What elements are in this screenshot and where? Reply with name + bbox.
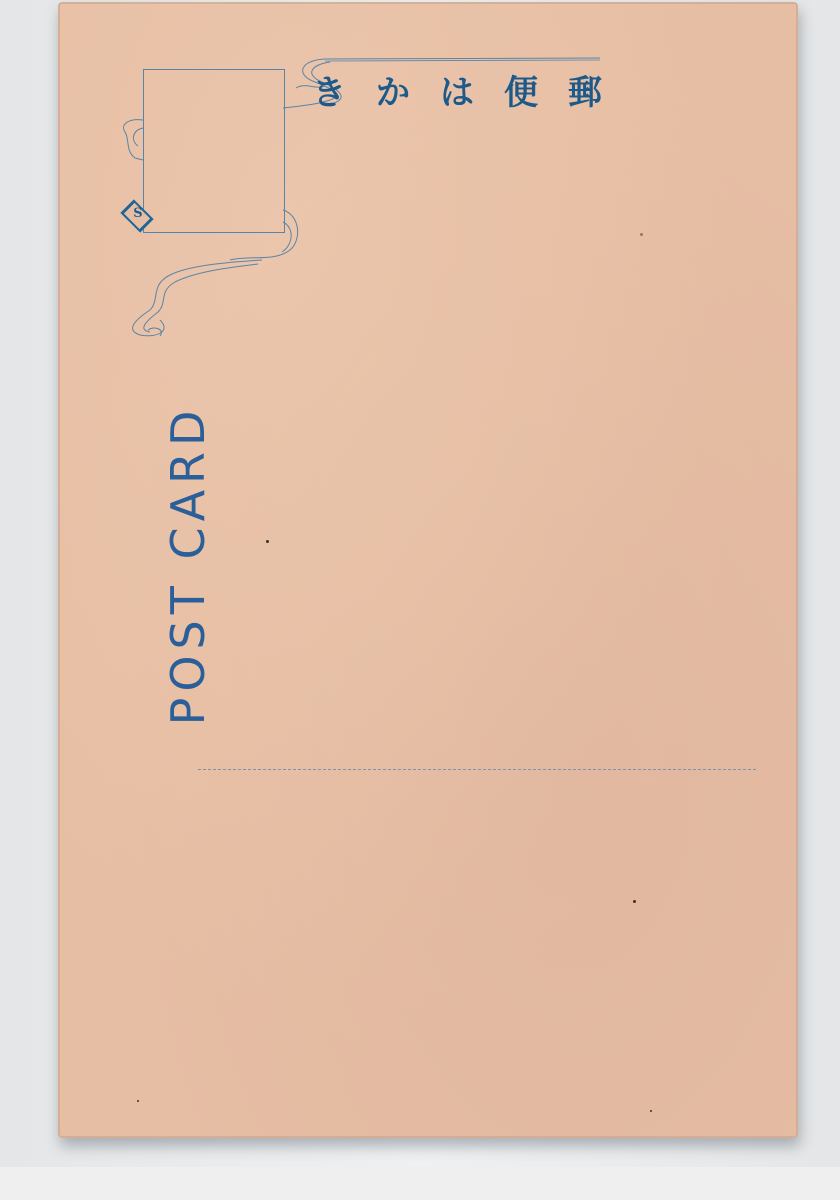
decorative-scroll-ornament xyxy=(0,0,840,1200)
emblem-letter: S xyxy=(127,206,149,221)
paper-speck xyxy=(266,540,269,543)
address-divider-line xyxy=(198,769,756,770)
paper-speck xyxy=(650,1110,652,1112)
paper-speck xyxy=(640,233,643,236)
stamp-placement-box xyxy=(143,69,285,233)
header-title-jp: 郵便はかき xyxy=(362,65,632,115)
paper-speck xyxy=(633,900,636,903)
paper-speck xyxy=(137,1100,139,1102)
post-card-vertical-label: POST CARD xyxy=(161,405,215,726)
bottom-band xyxy=(0,1167,840,1200)
